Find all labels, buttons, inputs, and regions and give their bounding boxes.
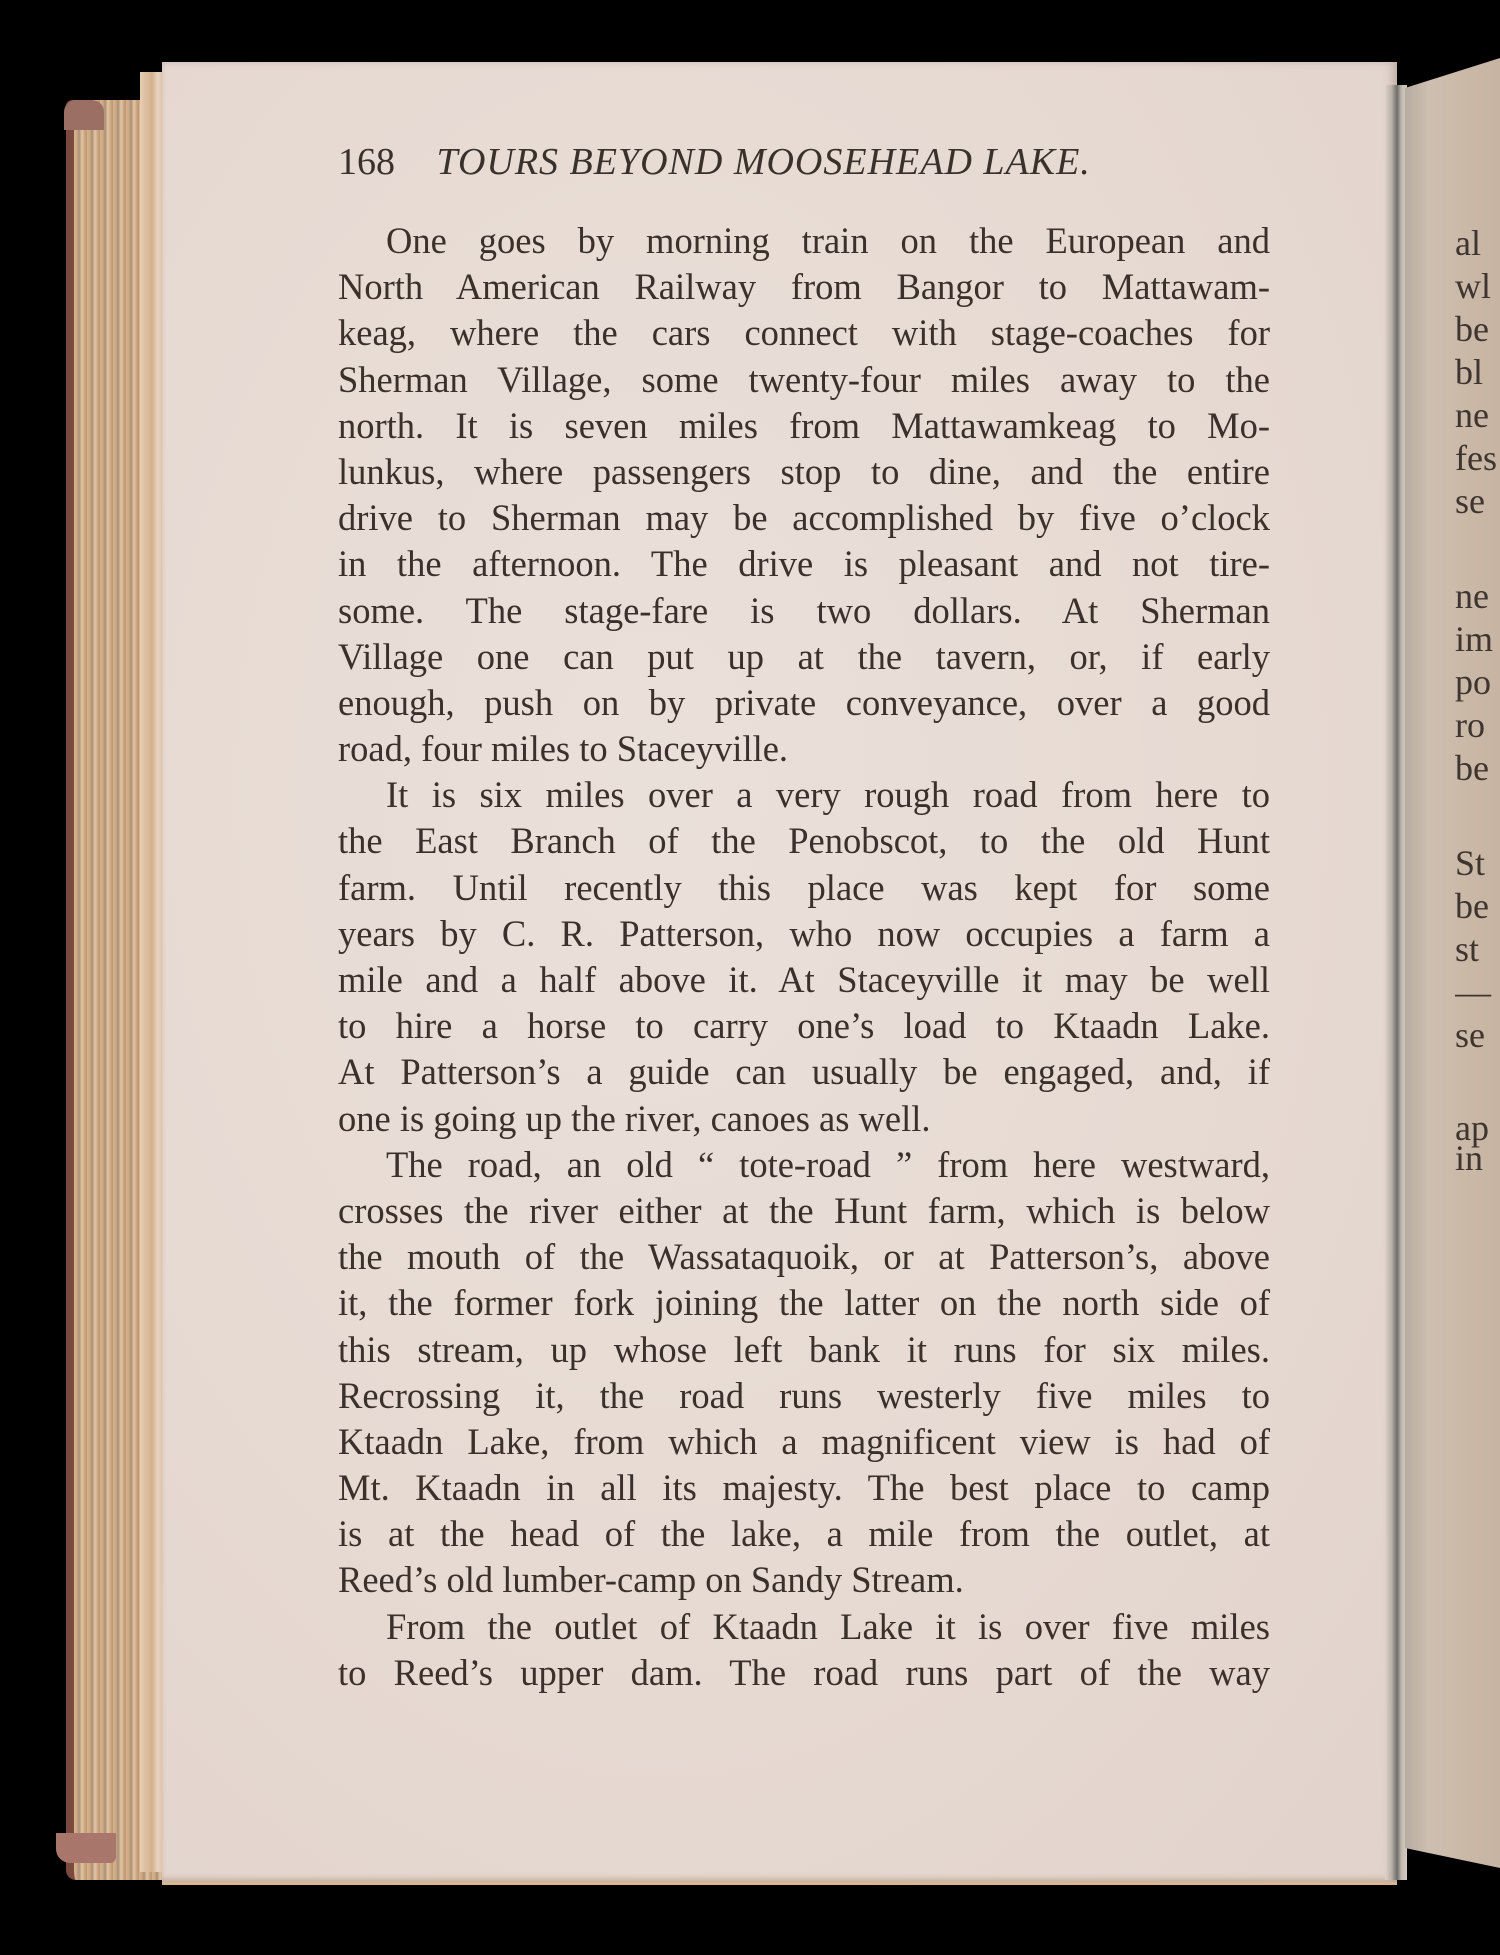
facing-text-fragment: se bbox=[1455, 1017, 1485, 1053]
text-line: to hire a horse to carry one’s load to K… bbox=[338, 1003, 1270, 1049]
paragraph: From the outlet of Ktaadn Lake it is ove… bbox=[338, 1604, 1270, 1696]
text-line: one is going up the river, canoes as wel… bbox=[338, 1096, 1270, 1142]
text-line: drive to Sherman may be accomplished by … bbox=[338, 495, 1270, 541]
text-line: in the afternoon. The drive is pleasant … bbox=[338, 541, 1270, 587]
paragraph: It is six miles over a very rough road f… bbox=[338, 772, 1270, 1142]
text-line: lunkus, where passengers stop to dine, a… bbox=[338, 449, 1270, 495]
paragraph: The road, an old “ tote-road ” from here… bbox=[338, 1142, 1270, 1604]
facing-text-fragment: be bbox=[1455, 750, 1489, 786]
text-line: Sherman Village, some twenty-four miles … bbox=[338, 357, 1270, 403]
text-line: North American Railway from Bangor to Ma… bbox=[338, 264, 1270, 310]
facing-text-fragment: ne bbox=[1455, 578, 1489, 614]
text-line: the mouth of the Wassataquoik, or at Pat… bbox=[338, 1234, 1270, 1280]
text-line: is at the head of the lake, a mile from … bbox=[338, 1511, 1270, 1557]
text-line: It is six miles over a very rough road f… bbox=[338, 772, 1270, 818]
body-text: One goes by morning train on the Europea… bbox=[338, 218, 1270, 1696]
running-title: TOURS BEYOND MOOSEHEAD LAKE. bbox=[437, 141, 1091, 183]
text-line: From the outlet of Ktaadn Lake it is ove… bbox=[338, 1604, 1270, 1650]
text-line: years by C. R. Patterson, who now occupi… bbox=[338, 911, 1270, 957]
text-line: keag, where the cars connect with stage-… bbox=[338, 310, 1270, 356]
text-line: enough, push on by private conveyance, o… bbox=[338, 680, 1270, 726]
text-line: Reed’s old lumber-camp on Sandy Stream. bbox=[338, 1557, 1270, 1603]
facing-text-fragment: St bbox=[1455, 845, 1485, 881]
text-line: farm. Until recently this place was kept… bbox=[338, 865, 1270, 911]
facing-text-fragment: al bbox=[1455, 225, 1481, 261]
facing-text-fragment: im bbox=[1455, 621, 1493, 657]
text-line: to Reed’s upper dam. The road runs part … bbox=[338, 1650, 1270, 1696]
book-cover-bottom-corner bbox=[56, 1833, 116, 1863]
text-line: At Patterson’s a guide can usually be en… bbox=[338, 1049, 1270, 1095]
text-line: The road, an old “ tote-road ” from here… bbox=[338, 1142, 1270, 1188]
book-cover-top-corner bbox=[64, 100, 104, 130]
facing-text-fragment: fes bbox=[1455, 440, 1497, 476]
facing-page-text: alwlbeblnefesseneimporobeStbest—seapin bbox=[1455, 0, 1500, 1955]
text-line: mile and a half above it. At Staceyville… bbox=[338, 957, 1270, 1003]
facing-text-fragment: bl bbox=[1455, 354, 1483, 390]
page-number: 168 bbox=[338, 141, 395, 183]
text-line: road, four miles to Staceyville. bbox=[338, 726, 1270, 772]
facing-text-fragment: — bbox=[1455, 974, 1491, 1010]
text-line: some. The stage-fare is two dollars. At … bbox=[338, 588, 1270, 634]
text-line: north. It is seven miles from Mattawamke… bbox=[338, 403, 1270, 449]
facing-text-fragment: be bbox=[1455, 311, 1489, 347]
facing-text-fragment: wl bbox=[1455, 268, 1491, 304]
facing-text-fragment: se bbox=[1455, 483, 1485, 519]
paragraph: One goes by morning train on the Europea… bbox=[338, 218, 1270, 772]
text-line: One goes by morning train on the Europea… bbox=[338, 218, 1270, 264]
book-gutter bbox=[1385, 85, 1407, 1880]
text-line: Mt. Ktaadn in all its majesty. The best … bbox=[338, 1465, 1270, 1511]
text-line: crosses the river either at the Hunt far… bbox=[338, 1188, 1270, 1234]
facing-text-fragment: be bbox=[1455, 888, 1489, 924]
text-line: this stream, up whose left bank it runs … bbox=[338, 1327, 1270, 1373]
text-line: Recrossing it, the road runs westerly fi… bbox=[338, 1373, 1270, 1419]
facing-text-fragment: st bbox=[1455, 931, 1479, 967]
text-line: Village one can put up at the tavern, or… bbox=[338, 634, 1270, 680]
text-line: Ktaadn Lake, from which a magnificent vi… bbox=[338, 1419, 1270, 1465]
facing-text-fragment: po bbox=[1455, 664, 1491, 700]
facing-text-fragment: in bbox=[1455, 1140, 1483, 1176]
facing-text-fragment: ro bbox=[1455, 707, 1485, 743]
facing-text-fragment: ne bbox=[1455, 397, 1489, 433]
text-line: the East Branch of the Penobscot, to the… bbox=[338, 818, 1270, 864]
running-head: 168 TOURS BEYOND MOOSEHEAD LAKE. bbox=[338, 140, 1278, 184]
text-line: it, the former fork joining the latter o… bbox=[338, 1280, 1270, 1326]
